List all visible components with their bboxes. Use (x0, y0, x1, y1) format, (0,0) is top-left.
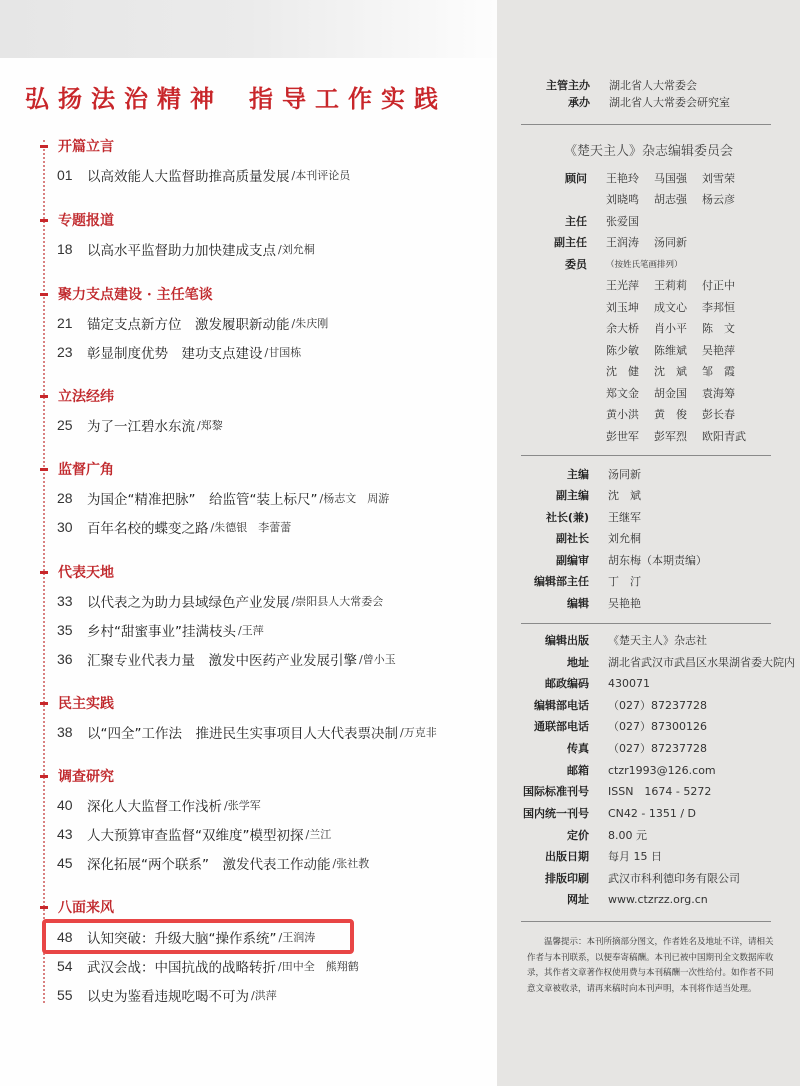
section-title: 民主实践 (58, 693, 114, 713)
board-row: 王光萍王莉莉付正中 (475, 279, 750, 293)
member-name: 彭长春 (702, 408, 750, 422)
toc-entry[interactable]: 55 以史为鉴看违规吃喝不可为 /洪萍 (57, 984, 277, 1006)
article-author: /郑黎 (197, 417, 223, 433)
organizer-row: 承办 湖北省人大常委会研究室 (497, 96, 730, 110)
editor-value: 王继军 (608, 511, 641, 525)
board-label: 主任 (475, 215, 587, 229)
board-row: 彭世军彭军烈欧阳青武 (475, 430, 746, 444)
page-number: 33 (57, 593, 87, 609)
pub-value: 《楚天主人》杂志社 (608, 634, 707, 648)
editor-value: 沈 斌 (608, 489, 641, 503)
article-author: /杨志文 周游 (319, 490, 389, 506)
section-marker-icon (40, 571, 48, 574)
article-title: 深化拓展“两个联系” 激发代表工作动能 (87, 853, 331, 873)
editor-value: 丁 汀 (608, 575, 641, 589)
board-label: 顾问 (475, 172, 587, 186)
sponsor-row: 主管主办 湖北省人大常委会 (497, 79, 697, 93)
toc-entry[interactable]: 35 乡村“甜蜜事业”挂满枝头 /王萍 (57, 619, 264, 641)
article-author: /朱庆刚 (292, 315, 329, 331)
top-gradient-band (0, 0, 497, 58)
email-link[interactable]: ctzr1993@126.com (608, 764, 716, 778)
member-name: 袁海筹 (702, 387, 750, 401)
article-author: /张社教 (333, 855, 370, 871)
member-name: 吴艳萍 (702, 344, 750, 358)
article-title: 锚定支点新方位 激发履职新动能 (87, 313, 290, 333)
member-name: 陈 文 (702, 322, 750, 336)
editor-value: 刘允桐 (608, 532, 641, 546)
toc-entry[interactable]: 28 为国企“精准把脉” 给监管“装上标尺” /杨志文 周游 (57, 487, 389, 509)
member-name: 刘晓鸣 (606, 193, 654, 207)
pub-row: 网址 www.ctzrzz.org.cn (477, 893, 708, 907)
article-author: /王萍 (238, 622, 264, 638)
board-row: 副主任 王润涛汤同新 (475, 236, 702, 250)
editor-value: 汤同新 (608, 468, 641, 482)
member-name: 刘雪荣 (702, 172, 750, 186)
article-title: 乡村“甜蜜事业”挂满枝头 (87, 620, 236, 640)
member-name: 王光萍 (606, 279, 654, 293)
page-number: 36 (57, 651, 87, 667)
pub-value: CN42 - 1351 / D (608, 807, 696, 821)
pub-label: 传真 (477, 742, 589, 756)
pub-label: 国际标准刊号 (477, 785, 589, 799)
article-author: /刘允桐 (278, 241, 315, 257)
pub-label: 网址 (477, 893, 589, 907)
pub-value: 武汉市科利德印务有限公司 (608, 872, 740, 886)
sponsor-label: 主管主办 (497, 79, 590, 93)
article-title: 为了一江碧水东流 (87, 415, 195, 435)
editor-label: 编辑 (477, 597, 589, 611)
member-name: 彭军烈 (654, 430, 702, 444)
pub-value: 湖北省武汉市武昌区水果湖省委大院内 (608, 656, 795, 670)
section-marker-icon (40, 906, 48, 909)
member-name: 付正中 (702, 279, 750, 293)
pub-label: 地址 (477, 656, 589, 670)
pub-row: 邮政编码 430071 (477, 677, 650, 691)
section-heading: 八面来风 (40, 896, 114, 918)
page-number: 43 (57, 826, 87, 842)
article-title: 深化人大监督工作浅析 (87, 795, 222, 815)
page-number: 35 (57, 622, 87, 638)
member-name: 汤同新 (654, 236, 702, 250)
board-label (475, 344, 587, 358)
member-name: 黄小洪 (606, 408, 654, 422)
section-title: 监督广角 (58, 459, 114, 479)
member-name: 陈少敏 (606, 344, 654, 358)
article-author: /曾小玉 (359, 651, 396, 667)
pub-row: 编辑部电话 （027）87237728 (477, 699, 707, 713)
member-name: 陈维斌 (654, 344, 702, 358)
pub-row: 国内统一刊号 CN42 - 1351 / D (477, 807, 696, 821)
pub-value: （027）87237728 (608, 699, 707, 713)
board-title: 《楚天主人》杂志编辑委员会 (497, 140, 800, 159)
toc-entry[interactable]: 36 汇聚专业代表力量 激发中医药产业发展引擎 /曾小玉 (57, 648, 396, 670)
toc-entry[interactable]: 01 以高效能人大监督助推高质量发展 /本刊评论员 (57, 164, 350, 186)
member-name: 沈 健 (606, 365, 654, 379)
page-number: 28 (57, 490, 87, 506)
pub-value: （027）87237728 (608, 742, 707, 756)
board-label: 委员 (475, 258, 587, 272)
section-heading: 立法经纬 (40, 385, 114, 407)
article-author: /万克非 (400, 724, 437, 740)
article-title: 武汉会战：中国抗战的战略转折 (87, 956, 276, 976)
headline-part-1: 弘扬法治精神 (25, 79, 223, 114)
editor-row: 编辑部主任 丁 汀 (477, 575, 641, 589)
board-label (475, 193, 587, 207)
masthead-panel: 主管主办 湖北省人大常委会 承办 湖北省人大常委会研究室 《楚天主人》杂志编辑委… (497, 0, 800, 1086)
article-author: /王润涛 (279, 929, 316, 945)
pub-row: 编辑出版 《楚天主人》杂志社 (477, 634, 707, 648)
section-marker-icon (40, 145, 48, 148)
pub-value: 430071 (608, 677, 650, 691)
pub-value: 8.00 元 (608, 829, 647, 843)
section-title: 调查研究 (58, 766, 114, 786)
page-number: 23 (57, 344, 87, 360)
toc-entry[interactable]: 43 人大预算审查监督“双维度”模型初探 /兰江 (57, 823, 331, 845)
page-number: 38 (57, 724, 87, 740)
member-name: 邹 霞 (702, 365, 750, 379)
toc-entry[interactable]: 25 为了一江碧水东流 /郑黎 (57, 414, 223, 436)
page-number: 40 (57, 797, 87, 813)
toc-entry[interactable]: 23 彰显制度优势 建功支点建设 /甘国栋 (57, 341, 301, 363)
editor-row: 编辑 吴艳艳 (477, 597, 641, 611)
article-title: 为国企“精准把脉” 给监管“装上标尺” (87, 488, 317, 508)
page-number: 45 (57, 855, 87, 871)
pub-row: 排版印刷 武汉市科利德印务有限公司 (477, 872, 740, 886)
pub-row: 通联部电话 （027）87300126 (477, 720, 707, 734)
member-name: 李邦恒 (702, 301, 750, 315)
page-number: 25 (57, 417, 87, 433)
article-author: /朱德银 李蕾蕾 (211, 519, 292, 535)
page-number: 55 (57, 987, 87, 1003)
board-row: 陈少敏陈维斌吴艳萍 (475, 344, 750, 358)
section-marker-icon (40, 468, 48, 471)
pub-row: 邮箱 ctzr1993@126.com (477, 764, 716, 778)
page-number: 54 (57, 958, 87, 974)
section-heading: 开篇立言 (40, 135, 114, 157)
editor-value: 胡东梅（本期责编） (608, 554, 707, 568)
article-author: /兰江 (306, 826, 332, 842)
pub-label: 定价 (477, 829, 589, 843)
section-marker-icon (40, 293, 48, 296)
headline-part-2: 指导工作实践 (249, 79, 447, 114)
organizer-value: 湖北省人大常委会研究室 (609, 96, 730, 110)
section-marker-icon (40, 775, 48, 778)
editor-label: 副编审 (477, 554, 589, 568)
section-heading: 聚力支点建设 · 主任笔谈 (40, 283, 213, 305)
board-row: 沈 健沈 斌邹 霞 (475, 365, 750, 379)
article-title: 以“四全”工作法 推进民生实事项目人大代表票决制 (87, 722, 398, 742)
section-marker-icon (40, 219, 48, 222)
section-title: 专题报道 (58, 210, 114, 230)
article-author: /本刊评论员 (292, 167, 351, 183)
toc-entry[interactable]: 38 以“四全”工作法 推进民生实事项目人大代表票决制 /万克非 (57, 721, 437, 743)
section-heading: 监督广角 (40, 458, 114, 480)
pub-row: 传真 （027）87237728 (477, 742, 707, 756)
article-title: 以高效能人大监督助推高质量发展 (87, 165, 290, 185)
pub-label: 通联部电话 (477, 720, 589, 734)
board-label (475, 408, 587, 422)
board-label (475, 365, 587, 379)
pub-value: （027）87300126 (608, 720, 707, 734)
section-title: 立法经纬 (58, 386, 114, 406)
section-title: 八面来风 (58, 897, 114, 917)
board-row: 主任 张爱国 (475, 215, 654, 229)
section-title: 聚力支点建设 · 主任笔谈 (58, 284, 213, 304)
member-name: 沈 斌 (654, 365, 702, 379)
section-heading: 专题报道 (40, 209, 114, 231)
board-label (475, 279, 587, 293)
editor-row: 副主编 沈 斌 (477, 489, 641, 503)
member-name: 王莉莉 (654, 279, 702, 293)
article-author: /洪萍 (251, 987, 277, 1003)
member-name: 王艳玲 (606, 172, 654, 186)
pub-label: 编辑部电话 (477, 699, 589, 713)
board-row: 顾问 王艳玲马国强刘雪荣 (475, 172, 750, 186)
pub-label: 邮政编码 (477, 677, 589, 691)
member-name: 彭世军 (606, 430, 654, 444)
article-title: 汇聚专业代表力量 激发中医药产业发展引擎 (87, 649, 357, 669)
editor-row: 主编 汤同新 (477, 468, 641, 482)
divider (521, 623, 771, 624)
member-name: 欧阳青武 (702, 430, 746, 444)
pub-label: 排版印刷 (477, 872, 589, 886)
board-row: 刘玉坤成文心李邦恒 (475, 301, 750, 315)
toc-entry-highlighted[interactable]: 48 认知突破：升级大脑“操作系统” /王润涛 (57, 926, 315, 948)
toc-entry[interactable]: 54 武汉会战：中国抗战的战略转折 /田中全 熊翔鹤 (57, 955, 359, 977)
divider (521, 921, 771, 922)
page-number: 48 (57, 929, 87, 945)
member-name: 刘玉坤 (606, 301, 654, 315)
editor-label: 社长(兼) (477, 511, 589, 525)
article-title: 认知突破：升级大脑“操作系统” (87, 927, 277, 947)
sponsor-value: 湖北省人大常委会 (609, 79, 697, 93)
pub-row: 定价 8.00 元 (477, 829, 647, 843)
article-author: /甘国栋 (265, 344, 302, 360)
pub-row: 出版日期 每月 15 日 (477, 850, 662, 864)
section-marker-icon (40, 395, 48, 398)
member-name: 张爱国 (606, 215, 654, 229)
pub-label: 编辑出版 (477, 634, 589, 648)
member-name: 余大桥 (606, 322, 654, 336)
board-label (475, 430, 587, 444)
board-label (475, 387, 587, 401)
section-title: 代表天地 (58, 562, 114, 582)
sort-note: （按姓氏笔画排列） (606, 258, 683, 272)
member-name: 马国强 (654, 172, 702, 186)
member-name: 杨云彦 (702, 193, 750, 207)
member-name: 成文心 (654, 301, 702, 315)
section-heading: 民主实践 (40, 692, 114, 714)
board-row: 刘晓鸣胡志强杨云彦 (475, 193, 750, 207)
article-author: /崇阳县人大常委会 (292, 593, 384, 609)
member-name: 胡金国 (654, 387, 702, 401)
page-number: 01 (57, 167, 87, 183)
toc-entry[interactable]: 45 深化拓展“两个联系” 激发代表工作动能 /张社教 (57, 852, 369, 874)
organizer-label: 承办 (497, 96, 590, 110)
article-title: 人大预算审查监督“双维度”模型初探 (87, 824, 304, 844)
page-number: 18 (57, 241, 87, 257)
website-link[interactable]: www.ctzrzz.org.cn (608, 893, 708, 907)
section-marker-icon (40, 702, 48, 705)
article-title: 以高水平监督助力加快建成支点 (87, 239, 276, 259)
editor-row: 副编审 胡东梅（本期责编） (477, 554, 707, 568)
page-headline: 弘扬法治精神 指导工作实践 (25, 78, 485, 114)
member-name: 胡志强 (654, 193, 702, 207)
member-name: 黄 俊 (654, 408, 702, 422)
pub-row: 地址 湖北省武汉市武昌区水果湖省委大院内 (477, 656, 795, 670)
board-row: 郑文金胡金国袁海筹 (475, 387, 750, 401)
reader-notice: 温馨提示：本刊所摘部分图文，作者姓名及地址不详，请相关作者与本刊联系，以便奉寄稿… (527, 935, 777, 997)
divider (521, 124, 771, 125)
section-heading: 调查研究 (40, 765, 114, 787)
pub-label: 出版日期 (477, 850, 589, 864)
toc-entry[interactable]: 33 以代表之为助力县域绿色产业发展 /崇阳县人大常委会 (57, 590, 383, 612)
pub-label: 邮箱 (477, 764, 589, 778)
toc-entry[interactable]: 40 深化人大监督工作浅析 /张学军 (57, 794, 261, 816)
editor-label: 副社长 (477, 532, 589, 546)
divider (521, 455, 771, 456)
editor-label: 主编 (477, 468, 589, 482)
editor-value: 吴艳艳 (608, 597, 641, 611)
section-title: 开篇立言 (58, 136, 114, 156)
pub-row: 国际标准刊号 ISSN 1674 - 5272 (477, 785, 711, 799)
toc-entry[interactable]: 30 百年名校的蝶变之路 /朱德银 李蕾蕾 (57, 516, 291, 538)
member-name: 王润涛 (606, 236, 654, 250)
page-number: 21 (57, 315, 87, 331)
member-name: 郑文金 (606, 387, 654, 401)
board-row: 余大桥肖小平陈 文 (475, 322, 750, 336)
pub-value: ISSN 1674 - 5272 (608, 785, 711, 799)
article-title: 以代表之为助力县域绿色产业发展 (87, 591, 290, 611)
article-author: /张学军 (224, 797, 261, 813)
page-number: 30 (57, 519, 87, 535)
pub-value: 每月 15 日 (608, 850, 662, 864)
editor-label: 副主编 (477, 489, 589, 503)
pub-label: 国内统一刊号 (477, 807, 589, 821)
article-title: 以史为鉴看违规吃喝不可为 (87, 985, 249, 1005)
board-label (475, 301, 587, 315)
editor-row: 社长(兼) 王继军 (477, 511, 641, 525)
editor-row: 副社长 刘允桐 (477, 532, 641, 546)
board-row: 黄小洪黄 俊彭长春 (475, 408, 750, 422)
board-label (475, 322, 587, 336)
editor-label: 编辑部主任 (477, 575, 589, 589)
section-heading: 代表天地 (40, 561, 114, 583)
article-author: /田中全 熊翔鹤 (278, 958, 359, 974)
board-row: 委员 （按姓氏笔画排列） (475, 258, 683, 272)
article-title: 彰显制度优势 建功支点建设 (87, 342, 263, 362)
toc-entry[interactable]: 18 以高水平监督助力加快建成支点 /刘允桐 (57, 238, 315, 260)
member-name: 肖小平 (654, 322, 702, 336)
board-label: 副主任 (475, 236, 587, 250)
toc-entry[interactable]: 21 锚定支点新方位 激发履职新动能 /朱庆刚 (57, 312, 328, 334)
article-title: 百年名校的蝶变之路 (87, 517, 209, 537)
